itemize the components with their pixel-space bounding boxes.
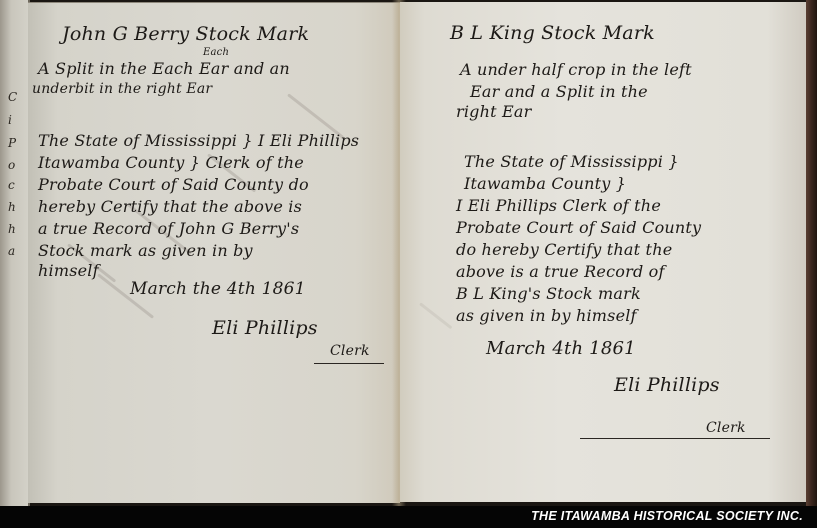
mark-description-line: underbit in the right Ear xyxy=(32,81,212,97)
certificate-line: The State of Mississippi } I Eli Phillip… xyxy=(38,131,359,150)
certificate-line: Probate Court of Said County xyxy=(456,218,701,237)
certificate-line: Probate Court of Said County do xyxy=(38,175,309,194)
right-heading: B L King Stock Mark xyxy=(450,22,655,44)
certificate-line: B L King's Stock mark xyxy=(456,284,641,303)
signature-underline xyxy=(314,363,384,364)
certificate-line: Itawamba County } Clerk of the xyxy=(38,153,304,172)
certificate-line: a true Record of John G Berry's xyxy=(38,219,299,238)
caption-bar: THE ITAWAMBA HISTORICAL SOCIETY INC. xyxy=(0,506,817,528)
watermark-caption: THE ITAWAMBA HISTORICAL SOCIETY INC. xyxy=(531,509,803,523)
certificate-line: Itawamba County } xyxy=(464,174,626,193)
mark-description-line: Ear and a Split in the xyxy=(470,82,648,101)
date-line: March 4th 1861 xyxy=(486,338,636,359)
date-line: March the 4th 1861 xyxy=(130,279,306,299)
stub-letter: c xyxy=(8,178,15,192)
mark-description-line: A Split in the Each Ear and an xyxy=(38,59,290,78)
clerk-signature: Eli Phillips xyxy=(614,374,720,396)
certificate-line: as given in by himself xyxy=(456,306,637,325)
insert-above-word: Each xyxy=(203,47,229,58)
clerk-title: Clerk xyxy=(706,420,746,436)
certificate-line: hereby Certify that the above is xyxy=(38,197,302,216)
stub-letter: a xyxy=(8,244,15,258)
left-page: John G Berry Stock Mark Each A Split in … xyxy=(28,2,400,503)
stub-letter: o xyxy=(8,158,15,172)
ledger-photograph: C i P o c h h a John G Berry Stock Mark … xyxy=(0,0,817,506)
stub-letter: i xyxy=(8,113,12,127)
signature-underline xyxy=(580,438,770,439)
book-spine-edge xyxy=(806,0,817,506)
stub-letter: C xyxy=(8,90,17,104)
clerk-signature: Eli Phillips xyxy=(212,317,318,339)
previous-page-edge: C i P o c h h a xyxy=(0,0,30,506)
certificate-line: do hereby Certify that the xyxy=(456,240,672,259)
certificate-line: I Eli Phillips Clerk of the xyxy=(456,196,661,215)
stub-letter: P xyxy=(8,136,16,150)
right-page: B L King Stock Mark A under half crop in… xyxy=(400,2,808,502)
left-heading: John G Berry Stock Mark xyxy=(62,23,309,45)
certificate-line: Stock mark as given in by xyxy=(38,241,253,260)
certificate-line: above is a true Record of xyxy=(456,262,665,281)
stub-letter: h xyxy=(8,200,16,214)
certificate-line: The State of Mississippi } xyxy=(464,152,679,171)
mark-description-line: right Ear xyxy=(456,102,532,121)
certificate-line: himself xyxy=(38,261,99,280)
clerk-title: Clerk xyxy=(330,343,370,359)
stub-letter: h xyxy=(8,222,16,236)
mark-description-line: A under half crop in the left xyxy=(460,60,692,79)
